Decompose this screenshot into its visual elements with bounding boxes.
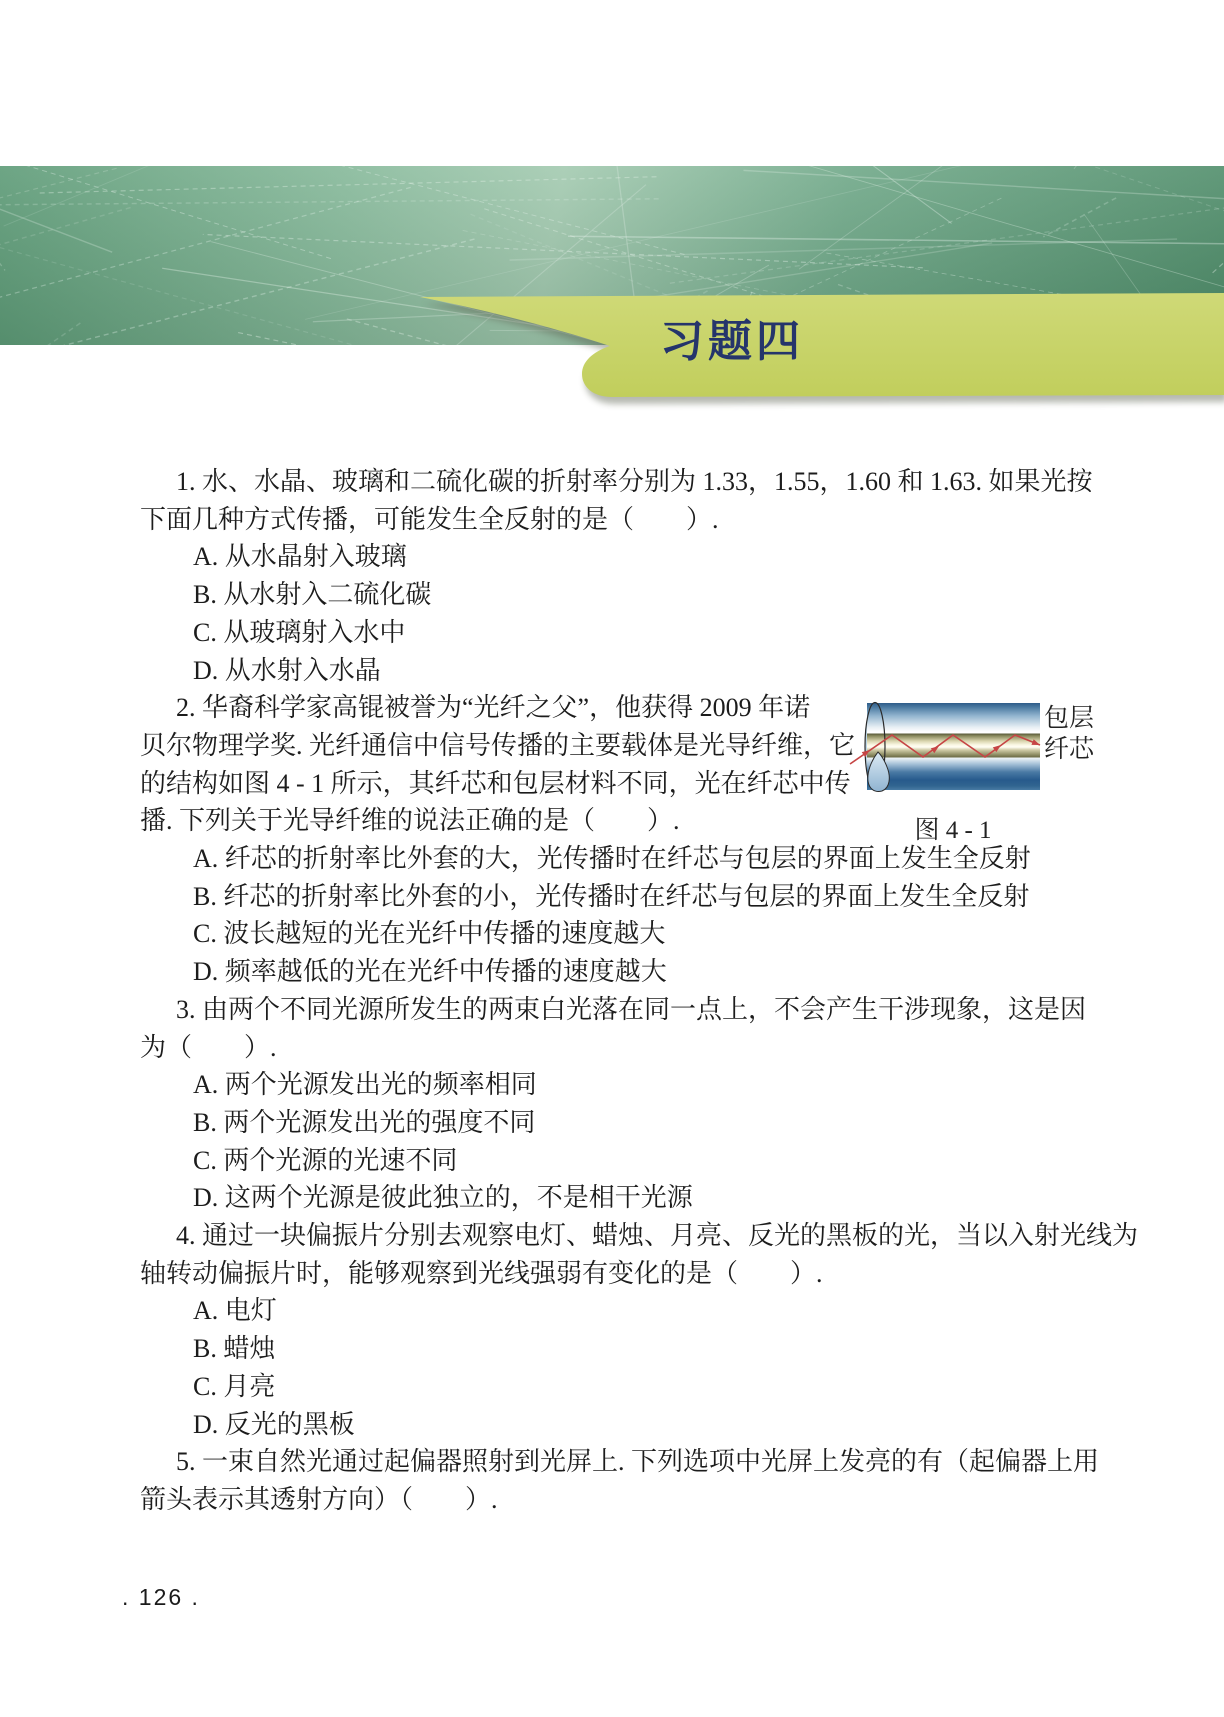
question-stem: 5. 一束自然光通过起偏器照射到光屏上. 下列选项中光屏上发亮的有（起偏器上用 [140, 1443, 1088, 1481]
question-stem: 轴转动偏振片时，能够观察到光线强弱有变化的是（ ）. [140, 1255, 1088, 1293]
question-option: B. 蜡烛 [140, 1330, 1088, 1368]
question-option: B. 从水射入二硫化碳 [140, 576, 1088, 614]
question-option: C. 波长越短的光在光纤中传播的速度越大 [140, 915, 1088, 953]
question-option: B. 两个光源发出光的强度不同 [140, 1104, 1088, 1142]
question-option: B. 纤芯的折射率比外套的小，光传播时在纤芯与包层的界面上发生全反射 [140, 878, 1088, 916]
figure-caption: 图 4 - 1 [878, 810, 1028, 846]
exercise-content: 1. 水、水晶、玻璃和二硫化碳的折射率分别为 1.33，1.55，1.60 和 … [140, 463, 1088, 1519]
question-option: D. 反光的黑板 [140, 1406, 1088, 1444]
question-option: C. 月亮 [140, 1368, 1088, 1406]
question-stem: 为（ ）. [140, 1029, 1088, 1067]
page-title: 习题四 [660, 320, 880, 364]
question-stem: 4. 通过一块偏振片分别去观察电灯、蜡烛、月亮、反光的黑板的光，当以入射光线为 [140, 1217, 1088, 1255]
question-stem: 3. 由两个不同光源所发生的两束白光落在同一点上，不会产生干涉现象，这是因 [140, 991, 1088, 1029]
question-stem: 下面几种方式传播，可能发生全反射的是（ ）. [140, 501, 1088, 539]
fiber-cylinder [867, 703, 1040, 790]
question-option: D. 这两个光源是彼此独立的，不是相干光源 [140, 1179, 1088, 1217]
question-option: C. 两个光源的光速不同 [140, 1142, 1088, 1180]
question-option: A. 两个光源发出光的频率相同 [140, 1066, 1088, 1104]
question-option: C. 从玻璃射入水中 [140, 614, 1088, 652]
page-number: . 126 . [122, 1584, 200, 1611]
question-option: A. 从水晶射入玻璃 [140, 538, 1088, 576]
label-core: 纤芯 [1044, 735, 1094, 764]
question-option: A. 电灯 [140, 1292, 1088, 1330]
label-cladding: 包层 [1044, 704, 1094, 733]
question-option: D. 频率越低的光在光纤中传播的速度越大 [140, 953, 1088, 991]
question-stem: 箭头表示其透射方向）（ ）. [140, 1481, 1088, 1519]
figure-4-1: 包层 纤芯 图 4 - 1 [838, 660, 1118, 850]
textbook-page: 习题四 1. 水、水晶、玻璃和二硫化碳的折射率分别为 1.33，1.55，1.6… [0, 0, 1224, 1717]
question-stem: 1. 水、水晶、玻璃和二硫化碳的折射率分别为 1.33，1.55，1.60 和 … [140, 463, 1088, 501]
